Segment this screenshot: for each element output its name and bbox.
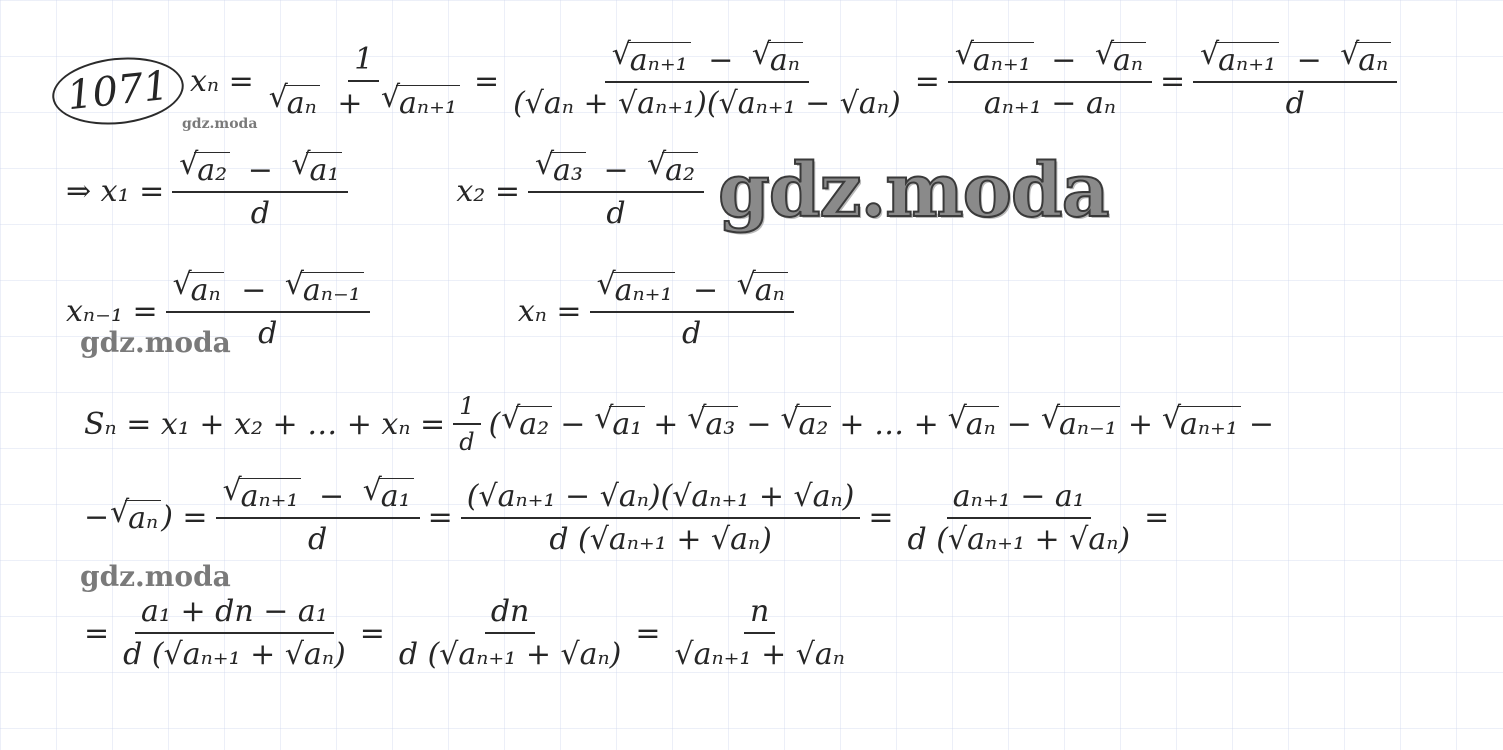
equals: = — [915, 64, 940, 99]
denominator: d — [302, 519, 333, 557]
radical: aₙ — [284, 85, 320, 121]
equals: = — [1144, 500, 1169, 535]
numerator: a₂ − a₁ — [172, 152, 348, 193]
fraction: dn d (√aₙ₊₁ + √aₙ) — [393, 594, 628, 672]
radical: a₁ — [609, 406, 645, 442]
equals: = — [1160, 64, 1185, 99]
operator: − — [1007, 407, 1032, 442]
denominator: d — [245, 193, 276, 231]
lhs: Sₙ = x₁ + x₂ + … + xₙ = — [84, 407, 445, 442]
lhs: xₙ₋₁ = — [66, 294, 158, 329]
radical: aₙ₊₁ — [1215, 42, 1279, 78]
numerator: a₁ + dn − a₁ — [135, 594, 334, 634]
numerator: 1 — [348, 42, 379, 82]
lhs: x₂ = — [456, 174, 520, 209]
radical: a₁ — [306, 152, 342, 188]
numerator: aₙ₊₁ − aₙ — [590, 272, 794, 313]
denominator: d — [1280, 83, 1311, 121]
numerator: 1 — [453, 392, 480, 425]
fraction: aₙ₊₁ − aₙ d — [590, 272, 794, 351]
operator: − — [708, 43, 733, 78]
fraction: a₁ + dn − a₁ d (√aₙ₊₁ + √aₙ) — [117, 594, 352, 672]
denominator: d (√aₙ₊₁ + √aₙ) — [393, 634, 628, 672]
fraction: aₙ₊₁ − aₙ (√aₙ + √aₙ₊₁)(√aₙ₊₁ − √aₙ) — [507, 42, 907, 121]
radical: aₙ₊₁ — [970, 42, 1034, 78]
fraction: 1 d — [453, 392, 480, 456]
numerator: aₙ₊₁ − aₙ — [605, 42, 809, 83]
paren: ( — [489, 407, 501, 442]
fraction: aₙ₊₁ − aₙ d — [1193, 42, 1397, 121]
radical: aₙ — [767, 42, 803, 78]
operator: − — [1051, 43, 1076, 78]
fraction: a₂ − a₁ d — [172, 152, 348, 231]
numerator: n — [744, 594, 775, 634]
radical: a₂ — [795, 406, 831, 442]
operator: − — [560, 407, 585, 442]
radical: a₃ — [702, 406, 738, 442]
operator: − — [241, 273, 266, 308]
denominator: d (√aₙ₊₁ + √aₙ) — [902, 519, 1137, 557]
denominator: d — [453, 425, 480, 456]
radical: aₙ — [188, 272, 224, 308]
radical: aₙ₊₁ — [396, 85, 460, 121]
operator: − — [1249, 407, 1274, 442]
operator: + — [653, 407, 678, 442]
watermark-small: gdz.moda — [80, 560, 231, 593]
radical: a₁ — [378, 478, 414, 514]
operator: − — [746, 407, 771, 442]
operator: − — [319, 479, 344, 514]
lhs: xₙ = — [518, 294, 582, 329]
numerator: aₙ₊₁ − a₁ — [216, 478, 420, 519]
fraction: 1 aₙ + aₙ₊₁ — [262, 42, 466, 121]
equals: = — [84, 616, 109, 651]
ellipsis: + … + — [839, 407, 938, 442]
operator: − — [1297, 43, 1322, 78]
radical: aₙ₊₁ — [612, 272, 676, 308]
problem-number: 1071 — [49, 51, 187, 130]
equals: = — [360, 616, 385, 651]
radical: aₙ₊₁ — [238, 478, 302, 514]
equation-line-6: = a₁ + dn − a₁ d (√aₙ₊₁ + √aₙ) = dn d (√… — [84, 594, 859, 672]
equation-line-4: Sₙ = x₁ + x₂ + … + xₙ = 1 d ( a₂ − a₁ + … — [84, 392, 1282, 456]
radical: a₂ — [662, 152, 698, 188]
fraction: (√aₙ₊₁ − √aₙ)(√aₙ₊₁ + √aₙ) d (√aₙ₊₁ + √a… — [461, 479, 861, 557]
numerator: (√aₙ₊₁ − √aₙ)(√aₙ₊₁ + √aₙ) — [461, 479, 861, 519]
equals: = — [474, 64, 499, 99]
numerator: aₙ₊₁ − aₙ — [1193, 42, 1397, 83]
radical: aₙ — [1355, 42, 1391, 78]
radical: a₃ — [550, 152, 586, 188]
operator: − — [603, 153, 628, 188]
radical: aₙ₊₁ — [627, 42, 691, 78]
denominator: d — [252, 313, 283, 351]
equation-line-1: xₙ = 1 aₙ + aₙ₊₁ = aₙ₊₁ − aₙ (√aₙ + √aₙ₊… — [190, 42, 1405, 121]
numerator: a₃ − a₂ — [528, 152, 704, 193]
radical: aₙ₋₁ — [1056, 406, 1120, 442]
radical: a₂ — [194, 152, 230, 188]
fraction: aₙ₊₁ − a₁ d — [216, 478, 420, 557]
denominator: aₙ₊₁ − aₙ — [978, 83, 1122, 121]
lhs: xₙ = — [190, 64, 254, 99]
denominator: (√aₙ + √aₙ₊₁)(√aₙ₊₁ − √aₙ) — [507, 83, 907, 121]
fraction: aₙ − aₙ₋₁ d — [166, 272, 370, 351]
equals: = — [635, 616, 660, 651]
numerator: aₙ₊₁ − a₁ — [947, 479, 1091, 519]
denominator: d (√aₙ₊₁ + √aₙ) — [543, 519, 778, 557]
watermark-large: gdz.moda — [718, 148, 1109, 234]
radical: aₙ — [125, 500, 161, 536]
denominator: aₙ + aₙ₊₁ — [262, 82, 466, 121]
numerator: aₙ₊₁ − aₙ — [948, 42, 1152, 83]
operator: − — [248, 153, 273, 188]
equation-line-3: xₙ₋₁ = aₙ − aₙ₋₁ d xₙ = aₙ₊₁ − aₙ d — [66, 272, 802, 351]
operator: − — [693, 273, 718, 308]
fraction: aₙ₊₁ − aₙ aₙ₊₁ − aₙ — [948, 42, 1152, 121]
numerator: aₙ − aₙ₋₁ — [166, 272, 370, 313]
paren: ) = — [161, 500, 207, 535]
fraction: n √aₙ₊₁ + √aₙ — [669, 594, 851, 672]
numerator: dn — [485, 594, 536, 634]
lhs: ⇒ x₁ = — [66, 174, 164, 209]
fraction: a₃ − a₂ d — [528, 152, 704, 231]
equation-line-2: ⇒ x₁ = a₂ − a₁ d x₂ = a₃ − a₂ d — [66, 152, 712, 231]
operator: + — [1128, 407, 1153, 442]
denominator: d — [600, 193, 631, 231]
operator: − — [84, 500, 109, 535]
radical: aₙ₋₁ — [300, 272, 364, 308]
denominator: √aₙ₊₁ + √aₙ — [669, 634, 851, 672]
radical: a₂ — [516, 406, 552, 442]
equation-line-5: − aₙ ) = aₙ₊₁ − a₁ d = (√aₙ₊₁ − √aₙ)(√aₙ… — [84, 478, 1169, 557]
radical: aₙ — [752, 272, 788, 308]
operator: + — [337, 86, 362, 121]
radical: aₙ — [1110, 42, 1146, 78]
radical: aₙ — [963, 406, 999, 442]
equals: = — [428, 500, 453, 535]
denominator: d (√aₙ₊₁ + √aₙ) — [117, 634, 352, 672]
equals: = — [868, 500, 893, 535]
radical: aₙ₊₁ — [1177, 406, 1241, 442]
fraction: aₙ₊₁ − a₁ d (√aₙ₊₁ + √aₙ) — [902, 479, 1137, 557]
denominator: d — [676, 313, 707, 351]
